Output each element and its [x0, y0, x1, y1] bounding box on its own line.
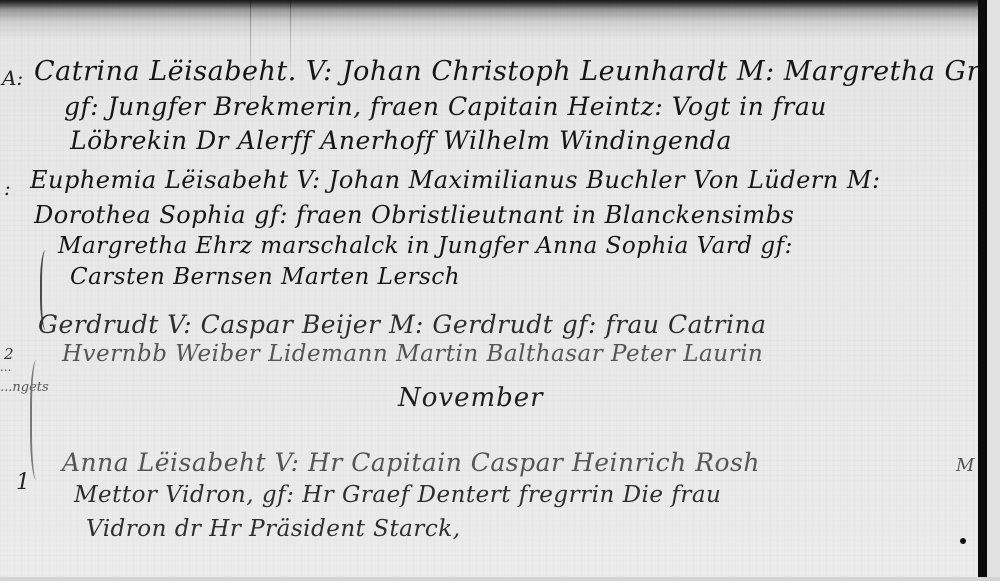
entry-line: Anna Lëisabeht V: Hr Capitain Caspar Hei… [62, 450, 760, 475]
adjacent-page-edge [987, 0, 1000, 581]
entry-line: Hvernbb Weiber Lidemann Martin Balthasar… [62, 343, 763, 366]
month-heading: November [398, 383, 544, 413]
entry-day-number: 1 [16, 470, 30, 495]
entry-margin-mark: ... [0, 360, 11, 374]
entry-line: Vidron dr Hr Präsident Starck, [86, 518, 461, 541]
entry-line: gf: Jungfer Brekmerin, fraen Capitain He… [64, 94, 827, 119]
entry-line: Mettor Vidron, gf: Hr Graef Dentert freg… [74, 484, 721, 507]
entry-margin-mark: : [4, 176, 11, 200]
entry-line: Gerdrudt V: Caspar Beijer M: Gerdrudt gf… [38, 312, 767, 337]
scan-bottom-edge [0, 577, 1000, 581]
manuscript-page: A: Catrina Lëisabeht. V: Johan Christoph… [0, 0, 1000, 581]
margin-bracket [30, 360, 46, 480]
entry-line: Löbrekin Dr Alerff Anerhoff Wilhelm Wind… [70, 128, 732, 153]
entry-line: Carsten Bernsen Marten Lersch [70, 266, 460, 289]
entry-line: Catrina Lëisabeht. V: Johan Christoph Le… [34, 58, 1000, 85]
entry-line: Margretha Ehrz marschalck in Jungfer Ann… [58, 235, 793, 258]
entry-line: Dorothea Sophia gf: fraen Obristlieutnan… [34, 203, 794, 227]
entry-line: Euphemia Lëisabeht V: Johan Maximilianus… [30, 168, 881, 192]
entry-margin-mark: A: [2, 66, 23, 90]
page-binding-edge [978, 0, 987, 581]
right-margin-mark: M [956, 455, 974, 476]
entry-line-text: Catrina Lëisabeht. V: Johan Christoph Le… [34, 56, 1000, 87]
ink-blot [960, 538, 966, 544]
